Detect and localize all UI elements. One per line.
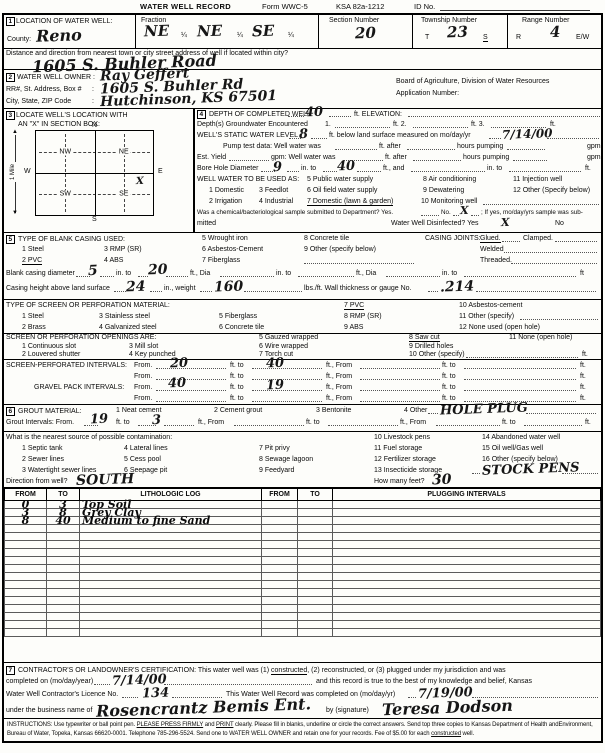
ft-to-label: ft. to <box>230 362 244 369</box>
log-cell <box>5 581 47 589</box>
owner-address-label: RR#, St. Address, Box # <box>6 86 81 93</box>
use-option-11: 11 Injection well <box>513 176 562 183</box>
section-4-depth: 4 DEPTH OF COMPLETED WELL 40 ft. ELEVATI… <box>194 109 601 232</box>
log-cell <box>47 533 80 541</box>
in-to-label: in. to <box>116 270 131 277</box>
log-cell <box>47 597 80 605</box>
log-cell <box>262 565 298 573</box>
constructed-selected: constructed <box>271 667 307 675</box>
log-cell <box>80 573 262 581</box>
contam-option-12: 12 Fertilizer storage <box>374 456 436 463</box>
leader <box>489 132 501 139</box>
log-cell <box>298 565 333 573</box>
log-cell <box>298 557 333 565</box>
leader <box>509 165 581 172</box>
leader <box>244 285 302 292</box>
opening-option-6: 6 Wire wrapped <box>259 343 308 350</box>
range-ew: E/W <box>576 34 589 41</box>
section-1-location: 1 LOCATION OF WATER WELL: County: Reno F… <box>4 15 601 49</box>
log-cell <box>5 549 47 557</box>
log-cell <box>80 533 262 541</box>
leader <box>526 407 596 414</box>
leader <box>150 285 162 292</box>
sample-no-x-mark: X <box>460 205 469 216</box>
log-cell <box>262 517 298 525</box>
instr-seg: clearly. Please fill in blanks, underlin… <box>233 722 558 728</box>
leader <box>386 270 440 277</box>
leader <box>464 362 576 369</box>
ft-label: ft. <box>580 395 586 402</box>
log-cell <box>5 605 47 613</box>
gravel-intervals-label: GRAVEL PACK INTERVALS: <box>34 384 124 391</box>
from-label: From. <box>134 373 152 380</box>
ft-and-label: ft., and <box>383 165 404 172</box>
log-cell <box>333 573 601 581</box>
opening-option-11: 11 None (open hole) <box>509 334 572 341</box>
leader <box>94 678 110 685</box>
section-3-title-2: AN "X" IN SECTION BOX: <box>18 121 100 128</box>
gpm-label: gpm <box>587 143 601 150</box>
log-cell <box>80 621 262 629</box>
log-header-plugging: PLUGGING INTERVALS <box>333 489 601 501</box>
sample-no-label: No. <box>441 209 451 216</box>
log-header-to-2: TO <box>298 489 333 501</box>
log-cell <box>47 589 80 597</box>
instr-print: PRINT <box>216 722 233 728</box>
water-well-record-form: 1 LOCATION OF WATER WELL: County: Reno F… <box>2 13 603 743</box>
leader <box>252 373 322 380</box>
county-cell: 1 LOCATION OF WATER WELL: County: Reno <box>4 15 135 48</box>
contam-option-14: 14 Abandoned water well <box>482 434 560 441</box>
log-cell <box>298 549 333 557</box>
contam-option-15: 15 Oil well/Gas well <box>482 445 543 452</box>
disinfected-label: Water Well Disinfected? Yes <box>391 220 479 227</box>
leader <box>511 257 597 264</box>
log-cell <box>333 565 601 573</box>
ft-from-label: ft., From <box>326 373 352 380</box>
cert-post: , (2) reconstructed, or (3) plugged unde… <box>307 667 505 674</box>
contam-option-4: 4 Lateral lines <box>124 445 168 452</box>
log-cell <box>262 581 298 589</box>
leader <box>287 165 299 172</box>
leader <box>200 285 212 292</box>
how-many-feet-label: How many feet? <box>374 478 425 485</box>
log-cell <box>262 613 298 621</box>
log-cell <box>262 509 298 517</box>
grout-option-3: 3 Bentonite <box>316 407 351 414</box>
log-cell: Medium to fine Sand <box>80 517 262 525</box>
log-cell <box>5 629 47 637</box>
ft-to-label: ft. to <box>306 419 320 426</box>
log-cell <box>80 557 262 565</box>
screen-option-7-selected: 7 PVC <box>344 302 364 310</box>
leader <box>520 313 598 320</box>
opening-option-9: 9 Drilled holes <box>409 343 453 350</box>
leader <box>524 419 582 426</box>
log-cell <box>298 629 333 637</box>
leader <box>304 257 414 264</box>
log-cell <box>262 501 298 509</box>
log-cell <box>298 613 333 621</box>
log-row <box>5 533 601 541</box>
ft-after-label: ft. after <box>385 154 407 161</box>
leader <box>166 270 188 277</box>
log-row <box>5 621 601 629</box>
wall-thickness-value: .214 <box>440 279 475 294</box>
leader <box>428 285 438 292</box>
log-cell <box>262 597 298 605</box>
leader <box>156 395 226 402</box>
log-cell <box>80 597 262 605</box>
leader <box>408 691 416 698</box>
instr-press-firmly: PLEASE PRESS FIRMLY <box>137 722 204 728</box>
opening-option-4: 4 Key punched <box>129 351 176 358</box>
log-row: 840Medium to fine Sand <box>5 517 601 525</box>
township-value: 23 <box>447 25 468 41</box>
log-row <box>5 629 601 637</box>
est-yield-label: Est. Yield <box>197 154 226 161</box>
log-cell <box>80 589 262 597</box>
instr-constructed: constructed <box>431 731 461 737</box>
leader <box>311 132 327 139</box>
leader <box>360 362 440 369</box>
grout-intervals-label: Grout Intervals: From. <box>6 419 74 426</box>
log-cell <box>298 605 333 613</box>
feet-value: 30 <box>432 473 452 488</box>
owner-city-label: City, State, ZIP Code <box>6 98 71 105</box>
section-6-grout: 6 GROUT MATERIAL: 1 Neat cement 2 Cement… <box>4 405 601 432</box>
weight-value: 160 <box>214 279 244 294</box>
log-cell <box>80 549 262 557</box>
east-west-line <box>36 173 153 174</box>
section-7-number: 7 <box>6 666 15 675</box>
log-cell <box>262 541 298 549</box>
contam-option-11: 11 Fuel storage <box>374 445 422 452</box>
contam-option-7: 7 Pit privy <box>259 445 290 452</box>
ft-label: ft <box>580 270 584 277</box>
leader <box>411 165 485 172</box>
instr-seg: well. <box>461 731 474 737</box>
log-cell <box>5 589 47 597</box>
leader <box>252 362 322 369</box>
log-cell <box>262 589 298 597</box>
leader <box>298 270 354 277</box>
owner-city-colon: : <box>92 98 94 105</box>
casing-title: TYPE OF BLANK CASING USED: <box>18 236 125 243</box>
contamination-label: What is the nearest source of possible c… <box>6 434 172 441</box>
compass-east: E <box>158 168 163 175</box>
log-cell <box>5 557 47 565</box>
leader <box>335 121 390 128</box>
ft-from-label: ft., From <box>198 419 224 426</box>
screen-material-section: TYPE OF SCREEN OR PERFORATION MATERIAL: … <box>4 300 601 334</box>
opening-option-1: 1 Continuous slot <box>22 343 76 350</box>
casing-option-1: 1 Steel <box>22 246 44 253</box>
leader <box>472 467 480 474</box>
leader <box>329 110 351 117</box>
joint-threaded: Threaded. <box>480 257 512 264</box>
log-cell <box>333 509 601 517</box>
instr-seg: INSTRUCTIONS: Use typewriter or ball poi… <box>7 722 137 728</box>
groundwater-label: Depth(s) Groundwater Encountered <box>197 121 308 128</box>
contam-other-value: STOCK PENS <box>482 461 580 477</box>
screen-option-1: 1 Steel <box>22 313 44 320</box>
log-cell <box>333 517 601 525</box>
mile-scale-label: 1 Mile <box>10 162 16 182</box>
section-3-4-row: 3 LOCATE WELL'S LOCATION WITH AN "X" IN … <box>4 109 601 233</box>
screen-option-6: 6 Concrete tile <box>219 324 264 331</box>
form-title: WATER WELL RECORD <box>140 2 231 11</box>
use-option-4: 4 Industrial <box>259 198 293 205</box>
leader <box>413 121 468 128</box>
quarter-3: ¼ <box>288 32 294 39</box>
leader <box>328 419 398 426</box>
arrow-up-icon: ▲ <box>12 129 18 135</box>
log-cell <box>5 565 47 573</box>
leader <box>122 691 138 698</box>
section-7-certification: 7 CONTRACTOR'S OR LANDOWNER'S CERTIFICAT… <box>4 663 601 719</box>
log-cell <box>298 533 333 541</box>
openings-title: SCREEN OR PERFORATION OPENINGS ARE: <box>6 334 156 341</box>
log-cell <box>333 613 601 621</box>
section-3-number: 3 <box>6 111 15 120</box>
use-option-9: 9 Dewatering <box>423 187 464 194</box>
ft-dia-label: ft., Dia <box>356 270 376 277</box>
instructions-line-1: INSTRUCTIONS: Use typewriter or ball poi… <box>7 721 598 739</box>
use-option-7-selected: 7 Domestic (lawn & garden) <box>307 198 393 206</box>
lithologic-log-table: FROM TO LITHOLOGIC LOG FROM TO PLUGGING … <box>4 488 601 637</box>
contam-option-5: 5 Cess pool <box>124 456 161 463</box>
log-row <box>5 549 601 557</box>
ft-label: ft. <box>585 165 591 172</box>
leader <box>464 270 576 277</box>
leader <box>513 154 547 161</box>
fraction-1-value: NE <box>144 24 170 40</box>
log-cell <box>47 541 80 549</box>
screen-option-10: 10 Asbestos-cement <box>459 302 522 309</box>
leader <box>407 143 455 150</box>
instr-seg: and <box>203 722 216 728</box>
well-location-x-mark: X <box>136 177 144 187</box>
casing-option-5: 5 Wrought iron <box>202 235 248 242</box>
quarter-2: ¼ <box>237 32 243 39</box>
static-level-value: 8 <box>299 128 308 141</box>
log-cell <box>333 597 601 605</box>
leader <box>220 270 274 277</box>
lithologic-log-section: FROM TO LITHOLOGIC LOG FROM TO PLUGGING … <box>4 488 601 663</box>
groundwater-1: 1. <box>325 121 331 128</box>
ft-to-label: ft. to <box>442 373 456 380</box>
screen-interval-to-value: 40 <box>266 357 285 371</box>
screen-option-8: 8 RMP (SR) <box>344 313 382 320</box>
business-name-value: Rosencrantz Bemis Ent. <box>96 696 312 719</box>
use-option-1: 1 Domestic <box>209 187 244 194</box>
grout-other-value: HOLE PLUG <box>440 401 528 417</box>
leader <box>288 110 304 117</box>
ft-to-label: ft. to <box>442 395 456 402</box>
leader <box>156 384 226 391</box>
township-s: S <box>483 34 488 42</box>
leader <box>229 154 269 161</box>
blank-casing-diameter-label: Blank casing diameter <box>6 270 75 277</box>
scanned-form-page: WATER WELL RECORD Form WWC-5 KSA 82a-121… <box>0 0 605 753</box>
log-cell <box>333 629 601 637</box>
section-3-title-1: LOCATE WELL'S LOCATION WITH <box>16 112 128 119</box>
groundwater-2: ft. 2. <box>393 121 407 128</box>
leader <box>164 419 194 426</box>
log-cell <box>80 565 262 573</box>
log-cell <box>298 509 333 517</box>
leader <box>471 209 479 216</box>
intervals-section: SCREEN-PERFORATED INTERVALS: From. 20 ft… <box>4 360 601 405</box>
leader <box>421 209 439 216</box>
leader <box>360 395 440 402</box>
leader <box>504 246 597 253</box>
bore-hole-label: Bore Hole Diameter <box>197 165 258 172</box>
log-cell <box>262 573 298 581</box>
leader <box>483 198 599 205</box>
section-number-value: 20 <box>355 26 376 42</box>
leader <box>357 165 381 172</box>
quadrant-nw: NW <box>57 149 73 156</box>
casing-option-9: 9 Other (specify below) <box>304 246 376 253</box>
screen-option-4: 4 Galvanized steel <box>99 324 157 331</box>
ft-to-label: ft. to <box>502 419 516 426</box>
opening-option-3: 3 Mill slot <box>129 343 158 350</box>
log-cell <box>298 501 333 509</box>
log-cell <box>47 581 80 589</box>
from-label: From. <box>134 384 152 391</box>
log-cell <box>333 533 601 541</box>
casing-option-7: 7 Fiberglass <box>202 257 240 264</box>
leader <box>464 373 576 380</box>
grout-interval-to-value: 3 <box>152 414 161 427</box>
section-box-diagram: NW NE SW SE X <box>35 130 154 216</box>
contam-option-8: 8 Sewage lagoon <box>259 456 313 463</box>
compass-west: W <box>24 168 31 175</box>
bore-hole-diameter-value: 9 <box>273 161 282 174</box>
disinfected-no-label: No <box>555 220 564 227</box>
casing-option-6: 6 Asbestos-Cement <box>202 246 263 253</box>
use-option-3: 3 Feedlot <box>259 187 288 194</box>
log-row <box>5 565 601 573</box>
log-row <box>5 589 601 597</box>
leader <box>464 384 576 391</box>
township-t: T <box>425 34 429 41</box>
log-cell <box>47 549 80 557</box>
log-cell <box>333 621 601 629</box>
fraction-2-value: NE <box>197 24 223 40</box>
opening-option-5: 5 Gauzed wrapped <box>259 334 318 341</box>
casing-option-3: 3 RMP (SR) <box>104 246 142 253</box>
in-to-label: in. to <box>442 270 457 277</box>
hours-pumping-label: hours pumping <box>457 143 503 150</box>
leader <box>428 407 438 414</box>
leader <box>507 143 545 150</box>
sample-question-label: Was a chemical/bacteriological sample su… <box>197 209 393 216</box>
signature-label: by (signature) <box>326 707 369 714</box>
wall-thickness-label: lbs./ft. Wall thickness or gauge No. <box>304 285 412 292</box>
screen-material-title: TYPE OF SCREEN OR PERFORATION MATERIAL: <box>6 302 170 309</box>
ft-to-label: ft. to <box>230 373 244 380</box>
owner-address-colon: : <box>92 86 94 93</box>
log-cell <box>333 589 601 597</box>
section-3-locate: 3 LOCATE WELL'S LOCATION WITH AN "X" IN … <box>4 109 194 232</box>
section-4-number: 4 <box>197 110 206 119</box>
log-cell <box>298 573 333 581</box>
log-cell <box>262 549 298 557</box>
section-2-owner: 2 WATER WELL OWNER : Ray Geffert RR#, St… <box>4 70 601 109</box>
log-cell <box>5 573 47 581</box>
screen-interval-from-value: 20 <box>170 357 189 371</box>
application-number-label: Application Number: <box>396 90 459 97</box>
log-cell <box>262 605 298 613</box>
quadrant-ne: NE <box>117 149 131 156</box>
board-of-agriculture-label: Board of Agriculture, Division of Water … <box>396 78 549 85</box>
blank-casing-diameter-value: 5 <box>88 264 98 278</box>
log-cell <box>5 613 47 621</box>
contam-option-10: 10 Livestock pens <box>374 434 430 441</box>
business-name-label: under the business name of <box>6 707 92 714</box>
leader <box>323 165 337 172</box>
township-cell: Township Number T 23 S <box>412 15 507 48</box>
ft-to-label: ft. to <box>230 384 244 391</box>
fraction-cell: Fraction NE ¼ NE ¼ SE ¼ <box>135 15 318 48</box>
log-cell <box>298 541 333 549</box>
bore-hole-depth-value: 40 <box>337 160 356 174</box>
log-cell <box>262 629 298 637</box>
log-cell: 40 <box>47 517 80 525</box>
log-cell <box>298 581 333 589</box>
use-option-8: 8 Air conditioning <box>423 176 476 183</box>
leader <box>100 270 114 277</box>
joint-glued-selected: Glued. <box>480 235 501 243</box>
ft-to-label: ft. to <box>442 384 456 391</box>
log-row <box>5 557 601 565</box>
casing-option-8: 8 Concrete tile <box>304 235 349 242</box>
leader <box>164 678 312 685</box>
quadrant-se: SE <box>117 191 130 198</box>
form-ksa: KSA 82a-1212 <box>336 2 384 11</box>
distance-row: Distance and direction from nearest town… <box>4 49 601 70</box>
signature-value: Teresa Dodson <box>382 698 513 719</box>
range-label: Range Number <box>522 17 569 24</box>
ft-label: ft. <box>582 351 588 358</box>
log-cell <box>47 605 80 613</box>
in-to-label: in. to <box>487 165 502 172</box>
casing-height-value: 24 <box>126 280 146 295</box>
ft-from-label: ft., From <box>326 362 352 369</box>
section-6-number: 6 <box>6 407 15 416</box>
log-cell <box>47 573 80 581</box>
leader <box>436 419 500 426</box>
log-cell <box>333 525 601 533</box>
screen-option-12: 12 None used (open hole) <box>459 324 540 331</box>
use-option-2: 2 Irrigation <box>209 198 242 205</box>
ft-from-label: ft., From <box>326 395 352 402</box>
leader <box>466 351 578 358</box>
leader <box>360 384 440 391</box>
leader <box>476 285 596 292</box>
section-number-cell: Section Number 20 <box>318 15 412 48</box>
log-cell <box>333 549 601 557</box>
from-label: From. <box>134 395 152 402</box>
log-cell <box>333 501 601 509</box>
in-to-label: in. to <box>301 165 316 172</box>
groundwater-3: ft. 3. <box>471 121 485 128</box>
opening-option-8-selected: 8 Saw cut <box>409 334 440 342</box>
license-label: Water Well Contractor's Licence No. <box>6 691 118 698</box>
